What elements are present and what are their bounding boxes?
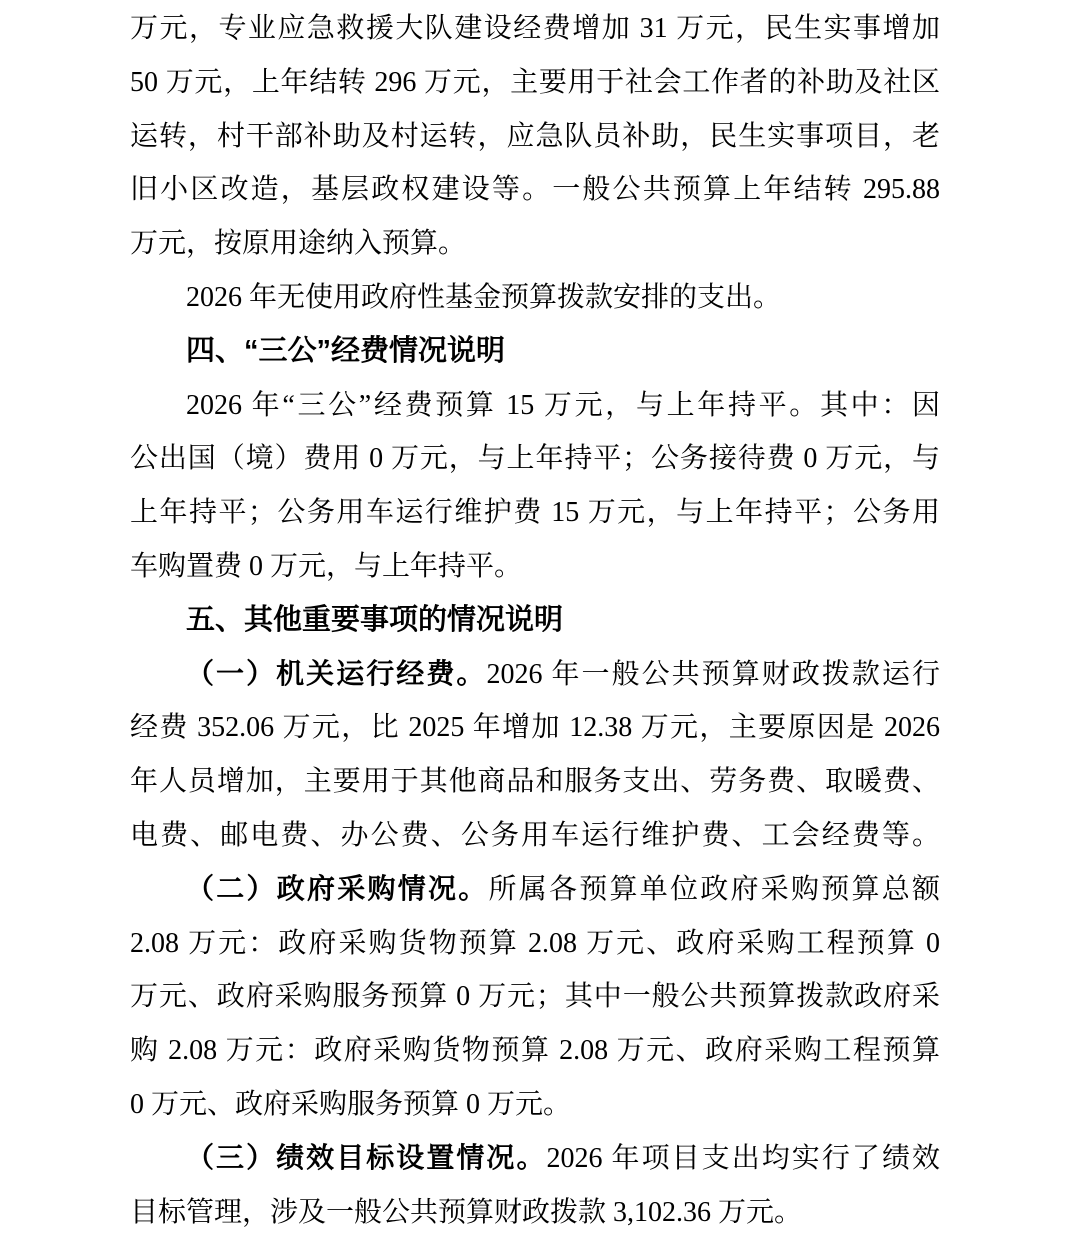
subsection-lead-3: （三）绩效目标设置情况。 xyxy=(186,1143,547,1174)
paragraph-sangong-line-1: 2026 年“三公”经费预算 15 万元，与上年持平。其中：因 xyxy=(130,379,940,433)
paragraph-operating-line-1: （一）机关运行经费。2026 年一般公共预算财政拨款运行 xyxy=(130,648,940,702)
paragraph-govfund-line-1: 2026 年无使用政府性基金预算拨款安排的支出。 xyxy=(130,271,940,325)
paragraph-sangong-line-3: 上年持平；公务用车运行维护费 15 万元，与上年持平；公务用 xyxy=(130,486,940,540)
paragraph-procurement-line-2: 2.08 万元：政府采购货物预算 2.08 万元、政府采购工程预算 0 xyxy=(130,917,940,971)
paragraph-sangong-line-2: 公出国（境）费用 0 万元，与上年持平；公务接待费 0 万元，与 xyxy=(130,432,940,486)
paragraph-performance-line-2: 目标管理，涉及一般公共预算财政拨款 3,102.36 万元。 xyxy=(130,1186,940,1239)
paragraph-operating-line-4: 电费、邮电费、办公费、公务用车运行维护费、工会经费等。 xyxy=(130,809,940,863)
document-page: 万元，专业应急救援大队建设经费增加 31 万元，民生实事增加 50 万元，上年结… xyxy=(0,0,1074,1239)
paragraph-procurement-line-5: 0 万元、政府采购服务预算 0 万元。 xyxy=(130,1078,940,1132)
paragraph-carryover-line-3: 运转，村干部补助及村运转，应急队员补助，民生实事项目，老 xyxy=(130,110,940,164)
subsection-lead-2: （二）政府采购情况。 xyxy=(186,874,489,905)
paragraph-procurement-line-4: 购 2.08 万元：政府采购货物预算 2.08 万元、政府采购工程预算 xyxy=(130,1024,940,1078)
paragraph-carryover-line-2: 50 万元，上年结转 296 万元，主要用于社会工作者的补助及社区 xyxy=(130,56,940,110)
paragraph-operating-line-2: 经费 352.06 万元，比 2025 年增加 12.38 万元，主要原因是 2… xyxy=(130,701,940,755)
text-block: 万元，专业应急救援大队建设经费增加 31 万元，民生实事增加 50 万元，上年结… xyxy=(130,2,940,1239)
subsection-lead-1: （一）机关运行经费。 xyxy=(186,659,486,690)
line-text: 所属各预算单位政府采购预算总额 xyxy=(489,874,940,905)
section-heading-5: 五、其他重要事项的情况说明 xyxy=(130,594,940,648)
paragraph-carryover-line-4: 旧小区改造，基层政权建设等。一般公共预算上年结转 295.88 xyxy=(130,163,940,217)
section-heading-4: 四、“三公”经费情况说明 xyxy=(130,325,940,379)
line-text: 2026 年项目支出均实行了绩效 xyxy=(547,1143,940,1174)
paragraph-carryover-line-1: 万元，专业应急救援大队建设经费增加 31 万元，民生实事增加 xyxy=(130,2,940,56)
paragraph-sangong-line-4: 车购置费 0 万元，与上年持平。 xyxy=(130,540,940,594)
paragraph-procurement-line-1: （二）政府采购情况。所属各预算单位政府采购预算总额 xyxy=(130,863,940,917)
line-text: 2026 年一般公共预算财政拨款运行 xyxy=(486,659,940,690)
paragraph-carryover-line-5: 万元，按原用途纳入预算。 xyxy=(130,217,940,271)
paragraph-procurement-line-3: 万元、政府采购服务预算 0 万元；其中一般公共预算拨款政府采 xyxy=(130,970,940,1024)
paragraph-operating-line-3: 年人员增加，主要用于其他商品和服务支出、劳务费、取暖费、 xyxy=(130,755,940,809)
paragraph-performance-line-1: （三）绩效目标设置情况。2026 年项目支出均实行了绩效 xyxy=(130,1132,940,1186)
